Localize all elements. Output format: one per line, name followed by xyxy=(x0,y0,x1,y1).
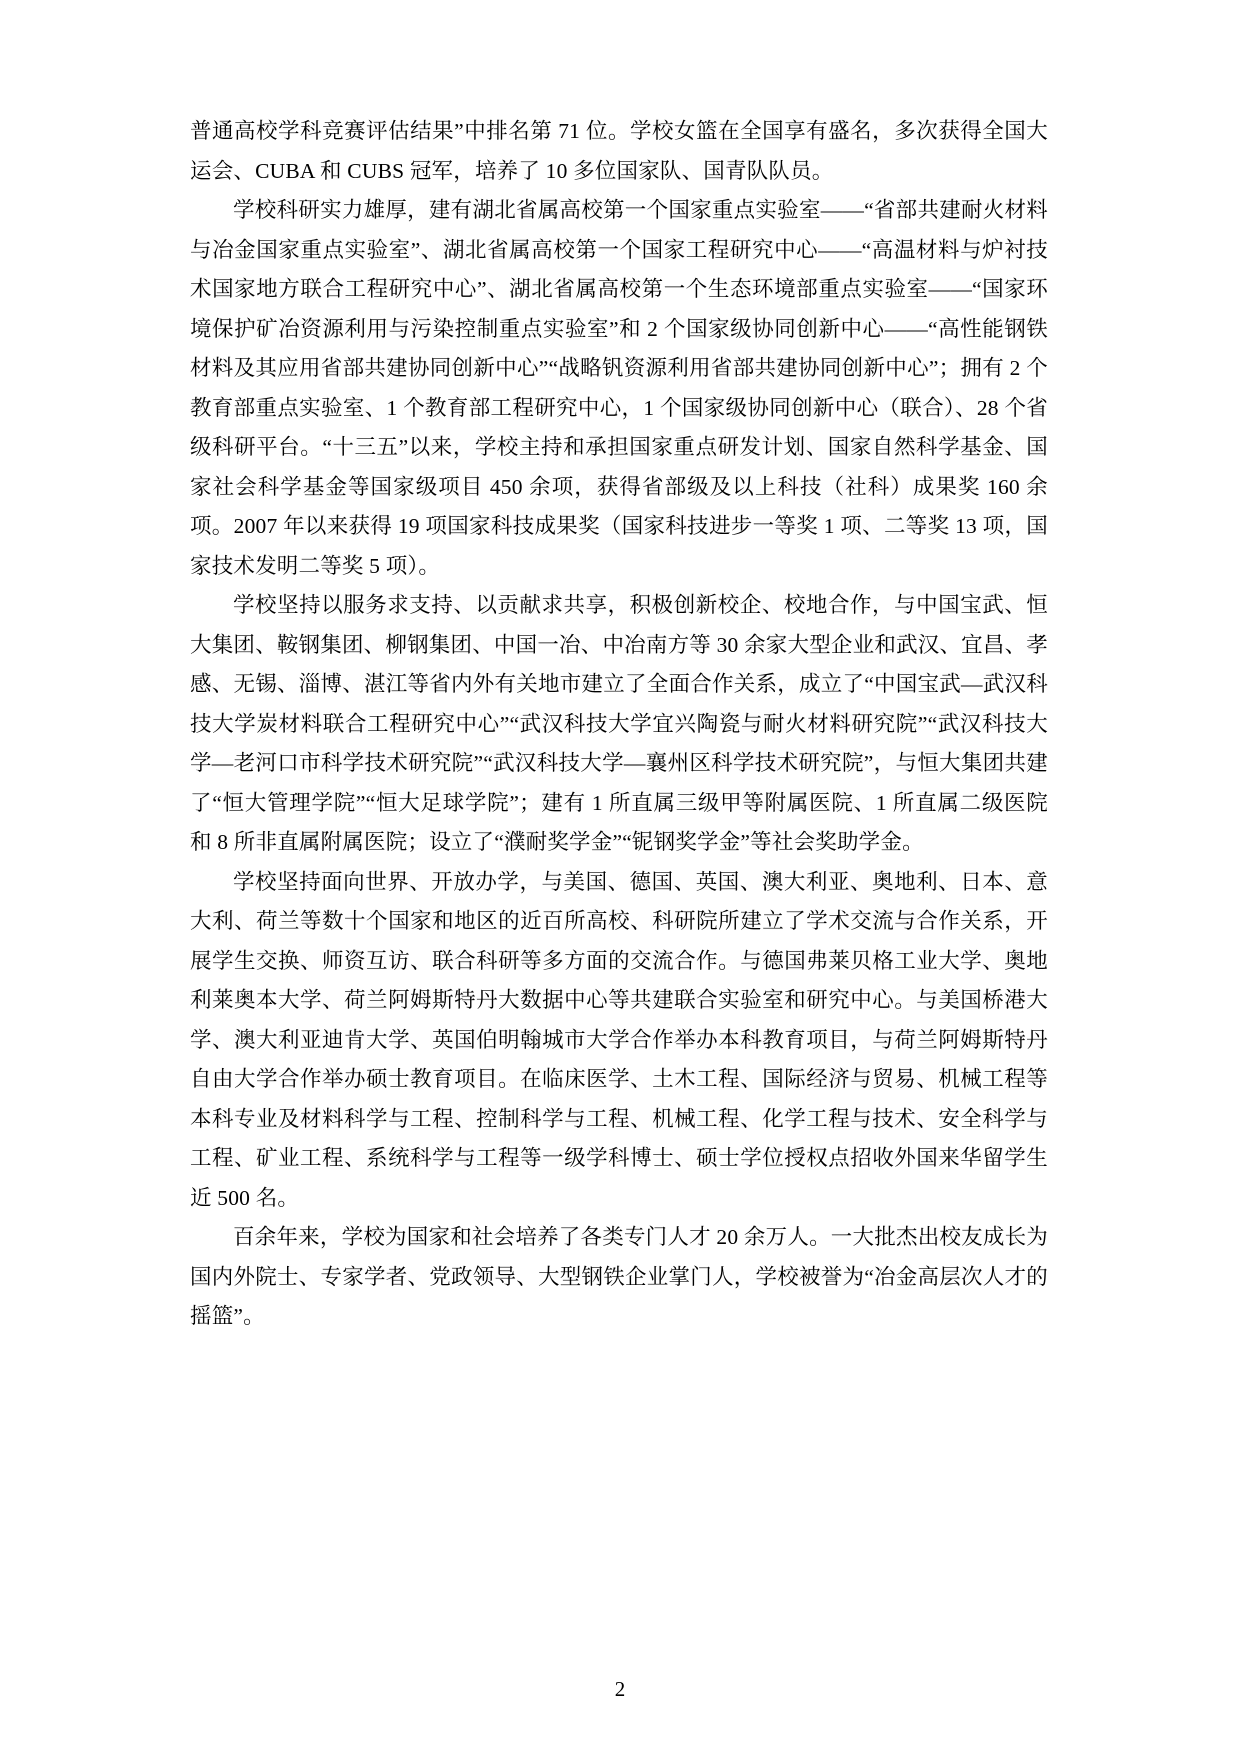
paragraph-alumni: 百余年来，学校为国家和社会培养了各类专门人才 20 余万人。一大批杰出校友成长为… xyxy=(190,1218,1048,1337)
paragraph-industry-cooperation: 学校坚持以服务求支持、以贡献求共享，积极创新校企、校地合作，与中国宝武、恒大集团… xyxy=(190,586,1048,863)
paragraph-research-strength: 学校科研实力雄厚，建有湖北省属高校第一个国家重点实验室——“省部共建耐火材料与冶… xyxy=(190,191,1048,586)
document-body: 普通高校学科竞赛评估结果”中排名第 71 位。学校女篮在全国享有盛名，多次获得全… xyxy=(190,112,1048,1337)
document-page: 普通高校学科竞赛评估结果”中排名第 71 位。学校女篮在全国享有盛名，多次获得全… xyxy=(0,0,1240,1754)
page-number: 2 xyxy=(0,1676,1240,1702)
paragraph-sports-achievements: 普通高校学科竞赛评估结果”中排名第 71 位。学校女篮在全国享有盛名，多次获得全… xyxy=(190,112,1048,191)
paragraph-international-cooperation: 学校坚持面向世界、开放办学，与美国、德国、英国、澳大利亚、奥地利、日本、意大利、… xyxy=(190,863,1048,1219)
